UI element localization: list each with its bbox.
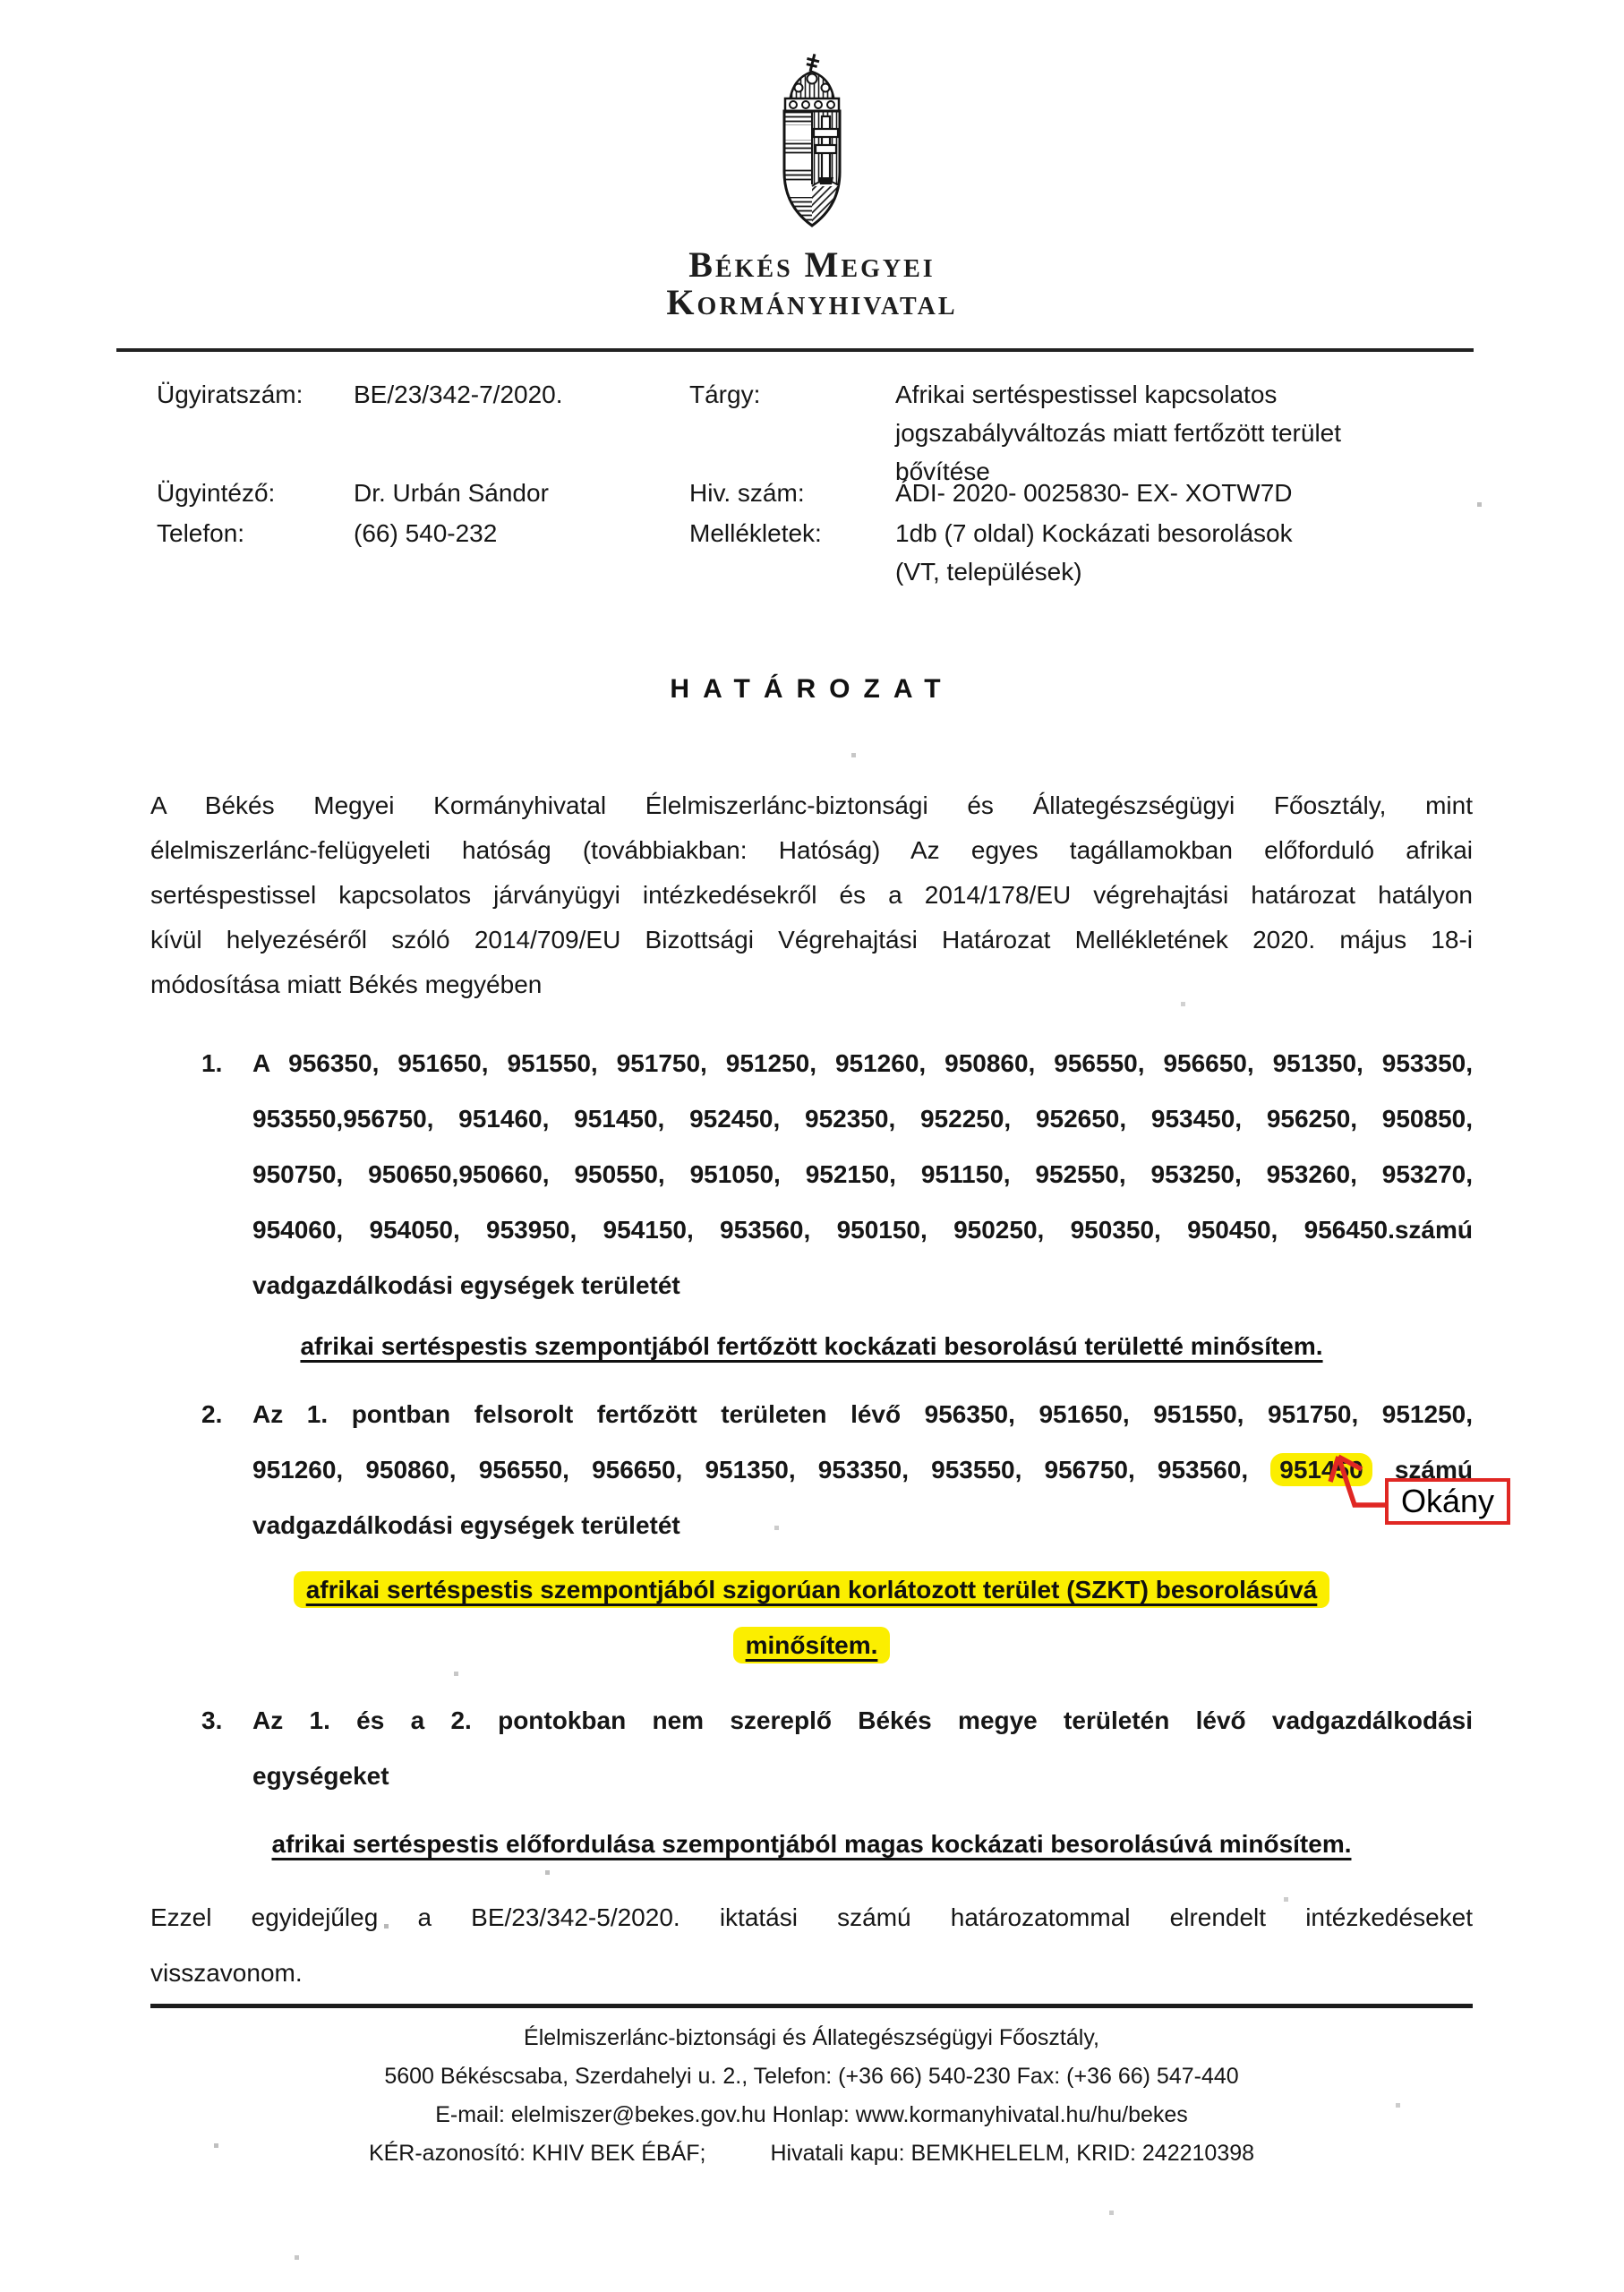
item-number: 2. bbox=[201, 1387, 252, 1553]
meta-label: Tárgy: bbox=[689, 375, 760, 414]
closing-line: visszavonom. bbox=[150, 1946, 1473, 2001]
decision-item-2: 2. Az 1. pontban felsorolt fertőzött ter… bbox=[150, 1387, 1473, 1553]
footer-hivatali-kapu: Hivatali kapu: BEMKHELELM, KRID: 2422103… bbox=[770, 2134, 1254, 2173]
decree-statement-2: afrikai sertéspestis szempontjából szigo… bbox=[150, 1562, 1473, 1618]
item-line: A 956350, 951650, 951550, 951750, 951250… bbox=[252, 1036, 1473, 1091]
meta-label: Mellékletek: bbox=[689, 514, 822, 552]
item-line: Az 1. pontban felsorolt fertőzött terüle… bbox=[252, 1387, 1473, 1442]
organization-name: Békés Megyei Kormányhivatal bbox=[0, 246, 1624, 321]
item-line: Az 1. és a 2. pontokban nem szereplő Bék… bbox=[252, 1693, 1473, 1749]
footer-line: KÉR-azonosító: KHIV BEK ÉBÁF; Hivatali k… bbox=[150, 2134, 1473, 2173]
meta-value: Dr. Urbán Sándor bbox=[354, 474, 549, 512]
intro-line: kívül helyezéséről szóló 2014/709/EU Biz… bbox=[150, 918, 1473, 962]
document-footer: Élelmiszerlánc-biztonsági és Állategészs… bbox=[150, 2004, 1473, 2173]
item-line: 951260, 950860, 956550, 956650, 951350, … bbox=[252, 1442, 1473, 1498]
decree-text: afrikai sertéspestis előfordulása szempo… bbox=[272, 1830, 1352, 1858]
meta-value-line: 1db (7 oldal) Kockázati besorolások bbox=[895, 514, 1293, 552]
item-text: A 956350, 951650, 951550, 951750, 951250… bbox=[252, 1036, 1473, 1313]
scanned-document-page: Békés Megyei Kormányhivatal Ügyiratszám:… bbox=[0, 0, 1624, 2292]
meta-value: ÁDI- 2020- 0025830- EX- XOTW7D bbox=[895, 474, 1293, 512]
item-number: 3. bbox=[201, 1693, 252, 1804]
org-name-line1: Békés Megyei bbox=[0, 246, 1624, 284]
document-title: HATÁROZAT bbox=[0, 674, 1624, 705]
item-line: 953550,956750, 951460, 951450, 952450, 9… bbox=[252, 1091, 1473, 1147]
meta-label: Ügyintéző: bbox=[157, 474, 275, 512]
closing-paragraph: Ezzel egyidejűleg a BE/23/342-5/2020. ik… bbox=[150, 1890, 1473, 2001]
intro-line: A Békés Megyei Kormányhivatal Élelmiszer… bbox=[150, 783, 1473, 828]
meta-label: Ügyiratszám: bbox=[157, 375, 303, 414]
meta-value-line: jogszabályváltozás miatt fertőzött terül… bbox=[895, 414, 1341, 452]
meta-value-line: Afrikai sertéspestissel kapcsolatos bbox=[895, 375, 1341, 414]
decree-text: afrikai sertéspestis szempontjából fertő… bbox=[300, 1332, 1322, 1360]
footer-divider bbox=[150, 2004, 1473, 2008]
org-name-line2: Kormányhivatal bbox=[0, 284, 1624, 321]
hungary-coat-of-arms-icon bbox=[772, 52, 852, 231]
item-text: Az 1. és a 2. pontokban nem szereplő Bék… bbox=[252, 1693, 1473, 1804]
decree-statement-1: afrikai sertéspestis szempontjából fertő… bbox=[150, 1319, 1473, 1374]
item-text: Az 1. pontban felsorolt fertőzött terüle… bbox=[252, 1387, 1473, 1553]
intro-line: sertéspestissel kapcsolatos járványügyi … bbox=[150, 873, 1473, 918]
intro-line: élelmiszerlánc-felügyeleti hatóság (tová… bbox=[150, 828, 1473, 873]
scan-noise bbox=[0, 0, 3, 3]
document-body: A Békés Megyei Kormányhivatal Élelmiszer… bbox=[150, 783, 1473, 2001]
meta-value-multiline: 1db (7 oldal) Kockázati besorolások (VT,… bbox=[895, 514, 1293, 591]
document-header: Békés Megyei Kormányhivatal bbox=[0, 0, 1624, 321]
item-line: vadgazdálkodási egységek területét bbox=[252, 1258, 1473, 1313]
item-line: egységeket bbox=[252, 1749, 1473, 1804]
okany-label: Okány bbox=[1401, 1483, 1494, 1519]
footer-line: 5600 Békéscsaba, Szerdahelyi u. 2., Tele… bbox=[150, 2057, 1473, 2096]
footer-ker-id: KÉR-azonosító: KHIV BEK ÉBÁF; bbox=[369, 2134, 706, 2173]
decree-text-highlighted: minősítem. bbox=[733, 1627, 891, 1663]
meta-value: BE/23/342-7/2020. bbox=[354, 375, 563, 414]
decree-text-highlighted: afrikai sertéspestis szempontjából szigo… bbox=[294, 1571, 1330, 1608]
closing-line: Ezzel egyidejűleg a BE/23/342-5/2020. ik… bbox=[150, 1890, 1473, 1946]
meta-value-line: (VT, települések) bbox=[895, 552, 1293, 591]
meta-section: Ügyiratszám: BE/23/342-7/2020. Ügyintéző… bbox=[150, 375, 1473, 597]
decision-item-1: 1. A 956350, 951650, 951550, 951750, 951… bbox=[150, 1036, 1473, 1313]
decision-item-3: 3. Az 1. és a 2. pontokban nem szereplő … bbox=[150, 1693, 1473, 1804]
footer-line: Élelmiszerlánc-biztonsági és Állategészs… bbox=[150, 2019, 1473, 2057]
intro-line: módosítása miatt Békés megyében bbox=[150, 962, 1473, 1007]
decree-statement-3: afrikai sertéspestis előfordulása szempo… bbox=[150, 1817, 1473, 1872]
meta-value: (66) 540-232 bbox=[354, 514, 497, 552]
item-line: 950750, 950650,950660, 950550, 951050, 9… bbox=[252, 1147, 1473, 1202]
item-line: 954060, 954050, 953950, 954150, 953560, … bbox=[252, 1202, 1473, 1258]
item-number: 1. bbox=[201, 1036, 252, 1313]
meta-label: Telefon: bbox=[157, 514, 244, 552]
okany-annotation-box: Okány bbox=[1385, 1478, 1510, 1525]
item-line-segment: 951260, 950860, 956550, 956650, 951350, … bbox=[252, 1456, 1270, 1484]
item-line: vadgazdálkodási egységek területét bbox=[252, 1498, 1473, 1553]
footer-line: E-mail: elelmiszer@bekes.gov.hu Honlap: … bbox=[150, 2096, 1473, 2134]
decree-statement-2-cont: minősítem. bbox=[150, 1618, 1473, 1673]
header-divider bbox=[116, 348, 1474, 352]
intro-paragraph: A Békés Megyei Kormányhivatal Élelmiszer… bbox=[150, 783, 1473, 1007]
meta-label: Hiv. szám: bbox=[689, 474, 805, 512]
